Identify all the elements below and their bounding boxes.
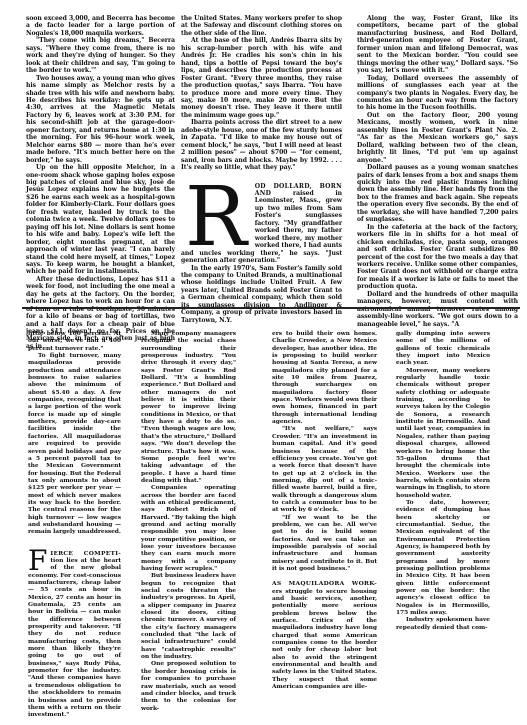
paragraph: To fight turnover, many maquiladoras pro…: [28, 352, 121, 536]
paragraph: Dollard pauses as a young woman snatches…: [357, 164, 518, 224]
paragraph: the United States. Many workers prefer t…: [181, 15, 342, 37]
dropcap-paragraph: FIERCE COMPETI- tion lies at the heart o…: [28, 550, 121, 719]
article-column-bottom-1: little below 100 percent. At our worst, …: [28, 330, 121, 719]
article-column-bottom-2: Many company managers recognize the soci…: [141, 330, 236, 712]
paragraph: In the cafeteria at the back of the fact…: [357, 224, 518, 291]
paragraph: ers to build their own homes. Charlie Cr…: [272, 330, 377, 425]
article-column-bottom-4: gally dumping into sewers some of the mi…: [396, 330, 490, 631]
paragraph: Dollard and the hundreds of other maquil…: [357, 291, 518, 328]
article-column-bottom-3: ers to build their own homes. Charlie Cr…: [272, 330, 377, 691]
paragraph: Industry spokesmen have repeatedly denie…: [396, 616, 490, 631]
dropcap-paragraph: ROD DOLLARD, BORN AND raised in Leominst…: [181, 183, 342, 265]
paragraph: Today, Dollard oversees the assembly of …: [357, 75, 518, 112]
article-column-top-2: the United States. Many workers prefer t…: [181, 15, 342, 324]
paragraph: To date, however, evidence of dumping ha…: [396, 499, 490, 617]
dropcap-paragraph-text: tion lies at the heart of the new global…: [28, 557, 121, 718]
paragraph: "They come with big dreams," Becerra say…: [26, 37, 175, 74]
paragraph: Many company managers recognize the soci…: [141, 330, 236, 484]
horizontal-divider: [22, 307, 520, 309]
paragraph: At the base of the hill, Andrés Ibarra s…: [181, 37, 342, 119]
paragraph: little below 100 percent. At our worst, …: [28, 330, 121, 352]
drop-cap-letter: F: [28, 551, 47, 571]
paragraph: One proposed solution to the border hous…: [141, 660, 236, 711]
section-lead-text: ers struggle to secure housing and basic…: [272, 588, 377, 690]
paragraph: Two houses away, a young man who gives h…: [26, 75, 175, 164]
article-column-top-3: Along the way, Foster Grant, like its co…: [357, 15, 518, 328]
drop-cap-letter: R: [185, 187, 247, 249]
paragraph: Out on the factory floor, 200 young Mexi…: [357, 112, 518, 164]
paragraph: "If we want to be the problem, we can be…: [272, 514, 377, 573]
paragraph: In the early 1970's, Sam Foster's family…: [181, 265, 342, 325]
paragraph: But business leaders have begun to recog…: [141, 572, 236, 660]
paragraph: "It's not welfare," says Crowder. "It's …: [272, 425, 377, 513]
section-lead-caps: AS MAQUILADORA WORK-: [272, 580, 377, 587]
paragraph: Companies operating across the border ar…: [141, 484, 236, 572]
article-column-top-1: soon exceed 3,000, and Becerra has becom…: [26, 15, 175, 350]
section-lead-caps: IERCE COMPETI-: [50, 550, 121, 557]
paragraph: Moreover, many workers regularly handle …: [396, 367, 490, 499]
paragraph: Along the way, Foster Grant, like its co…: [357, 15, 518, 75]
paragraph: Up on the hill opposite Melchor, in a on…: [26, 164, 175, 276]
paragraph: Ibarra points across the dirt street to …: [181, 119, 342, 171]
paragraph: soon exceed 3,000, and Becerra has becom…: [26, 15, 175, 37]
paragraph: gally dumping into sewers some of the mi…: [396, 330, 490, 367]
section-lead-paragraph: AS MAQUILADORA WORK-ers struggle to secu…: [272, 580, 377, 690]
